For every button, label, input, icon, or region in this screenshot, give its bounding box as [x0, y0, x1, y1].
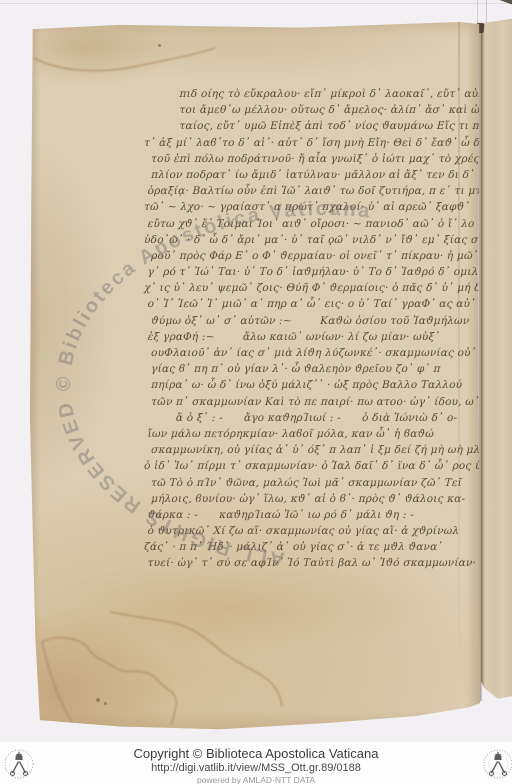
manuscript-line: ζάς᾽ · π π᾽ Ήδ᾽· μάλιζ᾽ ἀ᾽ οὐ γίας σ᾽· ἀ… — [144, 541, 457, 557]
manuscript-text-block: πιδ οίης τὸ εὔκραλου· εἴπ᾽ μίκροὶ δ᾽ λαο… — [144, 88, 456, 574]
footer-copyright-text: Copyright © Biblioteca Apostolica Vatica… — [0, 746, 512, 761]
manuscript-line: ροῦ᾽ πρὸς Φάρ Ε᾽ ο Φ᾽ ϑερμαίαυ· οἱ ονεῖ᾽… — [144, 250, 457, 266]
binding-gutter-lines — [477, 0, 487, 24]
vatican-seal-icon — [482, 748, 512, 780]
manuscript-line: χ᾽ ις ὑ᾽ λευ᾽ ψεμῶ᾽ ζοις· Θύῆ Φ᾽ ϑερμαίο… — [144, 282, 457, 298]
manuscript-line: ἴων μάλω πετόρηκμίαν· λαϐοῖ μόλα, καν ὦ᾽… — [144, 428, 457, 444]
vatican-seal-icon — [3, 748, 35, 780]
ink-speck — [96, 698, 100, 702]
manuscript-line: μήλοις, ϐυνίου· ὠγ᾽ ἵλω, κϑ᾽ αἱ ὁ ϐ᾽· πρ… — [144, 493, 457, 509]
manuscript-line: τῶ᾽ ~ λχο· ~ γραίαστ᾽ α πρώτ᾽ πχαλοί· ὑ᾽… — [144, 201, 457, 217]
manuscript-line: γίας ϐ᾽ πη π᾽ οὐ γίαν λ᾽· ὦ ϑαλεηὸν ϑρεῖ… — [144, 363, 457, 379]
manuscript-line: τῶν π᾽ σκαμμωνίαν Καὶ τὸ πε παιρί· πω ατ… — [144, 396, 457, 412]
manuscript-line: πιδ οίης τὸ εὔκραλου· εἴπ᾽ μίκροὶ δ᾽ λαο… — [144, 88, 457, 104]
manuscript-page: πιδ οίης τὸ εὔκραλου· εἴπ᾽ μίκροὶ δ᾽ λαο… — [30, 22, 480, 730]
manuscript-line: ϑύμω ὀξ᾽ ω᾽ σ᾽ αὐτῶν :~ Καϑὼ ὁσίου τοῦ Ἰ… — [144, 315, 457, 331]
background-hairline — [0, 3, 512, 4]
manuscript-line: ὑδο᾽ῶ᾽ · δ᾽ ὦ δ᾽ ἄρι᾽ μα᾽· ὑ᾽ ταῖ ϙῶ᾽ νι… — [144, 234, 457, 250]
manuscript-line: τυεί· ὠγ᾽ τ᾽ σύ σε αφΊν᾽ Ἰό Ταὐτὶ βαλ ω᾽… — [144, 557, 457, 573]
manuscript-line: ουΦλαιοῦ᾽ ἀν᾽ ίας σ᾽ μιὰ λίϑη λύζωνκέ᾽· … — [144, 347, 457, 363]
manuscript-line: πλίον ποδρατ᾽ ίω ἄμιδ᾽ ἱατύλναυ· μᾶλλον … — [144, 169, 457, 185]
manuscript-line: ἐξ γραΦή :~ ἄλω καιῶ᾽ ωνίων· λί ζω μίαν·… — [144, 331, 457, 347]
manuscript-line: εὔτω χϑ᾽ ἔ᾽ Τοίμαι Ἰοι᾽ αιϑ᾽ οἴροσι· ~ π… — [144, 218, 457, 234]
manuscript-line: ὁ ϑυτρικῶ᾽ Χί ζω αἵ· σκαμμωνίας οὐ γίας … — [144, 525, 457, 541]
adjacent-page-edge — [481, 19, 512, 703]
manuscript-line: ταίος, εὔτ᾽ υμῶ Εἰπὲξ ἀπὶ τοδ᾽ νίος ϑαυμ… — [144, 120, 457, 136]
manuscript-line: τῶ Τὸ ὁ πΊν᾽ ϑῶνα, μαλώς Ἰωὶ μᾶ᾽ σκαμμων… — [144, 477, 457, 493]
manuscript-line: τ᾽ ἀξ μί᾽ λαϐ᾽το δ᾽ αἱ᾽· αὐτ᾽ δ᾽ ἴση μνὴ… — [144, 137, 457, 153]
manuscript-line: τοι ἄμεθ᾽ω μέλλου· οὕτως δ᾽ ἄμελος· ἀλίπ… — [144, 104, 457, 120]
manuscript-line: πηίρα᾽ ω· ὦ δ᾽ ίνω ὀξύ μάλιζ᾽᾽ · ὠξ πρὸς… — [144, 379, 457, 395]
manuscript-line: σκαμμωνίκη, οὐ γίίας ἀ᾽ ὑ᾽ όξ᾽ π λαπ᾽ ἱ … — [144, 444, 457, 460]
footer-caption-bar: Copyright © Biblioteca Apostolica Vatica… — [0, 742, 512, 784]
footer-source-url: http://digi.vatlib.it/view/MSS_Ott.gr.89… — [0, 762, 512, 774]
vatican-library-seal-right — [482, 748, 512, 780]
manuscript-line: ϑάρκα : - καϑηρΊιαώ Ἰῶ᾽ ιω ρό δ᾽ μάλι ϑη… — [144, 509, 457, 525]
ink-speck — [104, 702, 107, 705]
vatican-library-seal-left — [3, 748, 35, 780]
ink-speck — [158, 44, 161, 47]
scan-viewer-page: πιδ οίης τὸ εὔκραλου· εἴπ᾽ μίκροὶ δ᾽ λαο… — [0, 0, 512, 784]
footer-powered-by: powered by AMLAD·NTT DATA — [0, 775, 512, 784]
manuscript-line: γ᾽ ρό τ᾽ Ἰώ᾽ Ται· ὑ᾽ Το δ᾽ ἰαϑμήλαυ· ὑ᾽ … — [144, 266, 457, 282]
manuscript-line: ὁραξίᾳ· Βαλτίω οὖν ἐπὶ Ἰῶ᾽ λαιϑ᾽ τω δοῖ … — [144, 185, 457, 201]
manuscript-line: τοῦ ἐπὶ πόλω ποδράτινοῦ· ἤ αἶα γνωὶξ᾽ ὁ … — [144, 153, 457, 169]
manuscript-line: ὁ ἰδ᾽ Ἰω᾽ πίρμι τ᾽ σκαμμωνίαν· ὁ Ἰαλ δαῖ… — [144, 460, 457, 476]
manuscript-line: ο᾽ Ἰ᾽ Ἰεῶ᾽ Ἰ᾽ μιῶ᾽ α᾽ πηρ α᾽ ὦ᾽ εις· ο ὑ… — [144, 298, 457, 314]
manuscript-line: ἅ ὁ ξ᾽ : - ἄγο καϑηρΊιωί : - ὁ διὰ Ἰώνιὼ… — [144, 412, 457, 428]
